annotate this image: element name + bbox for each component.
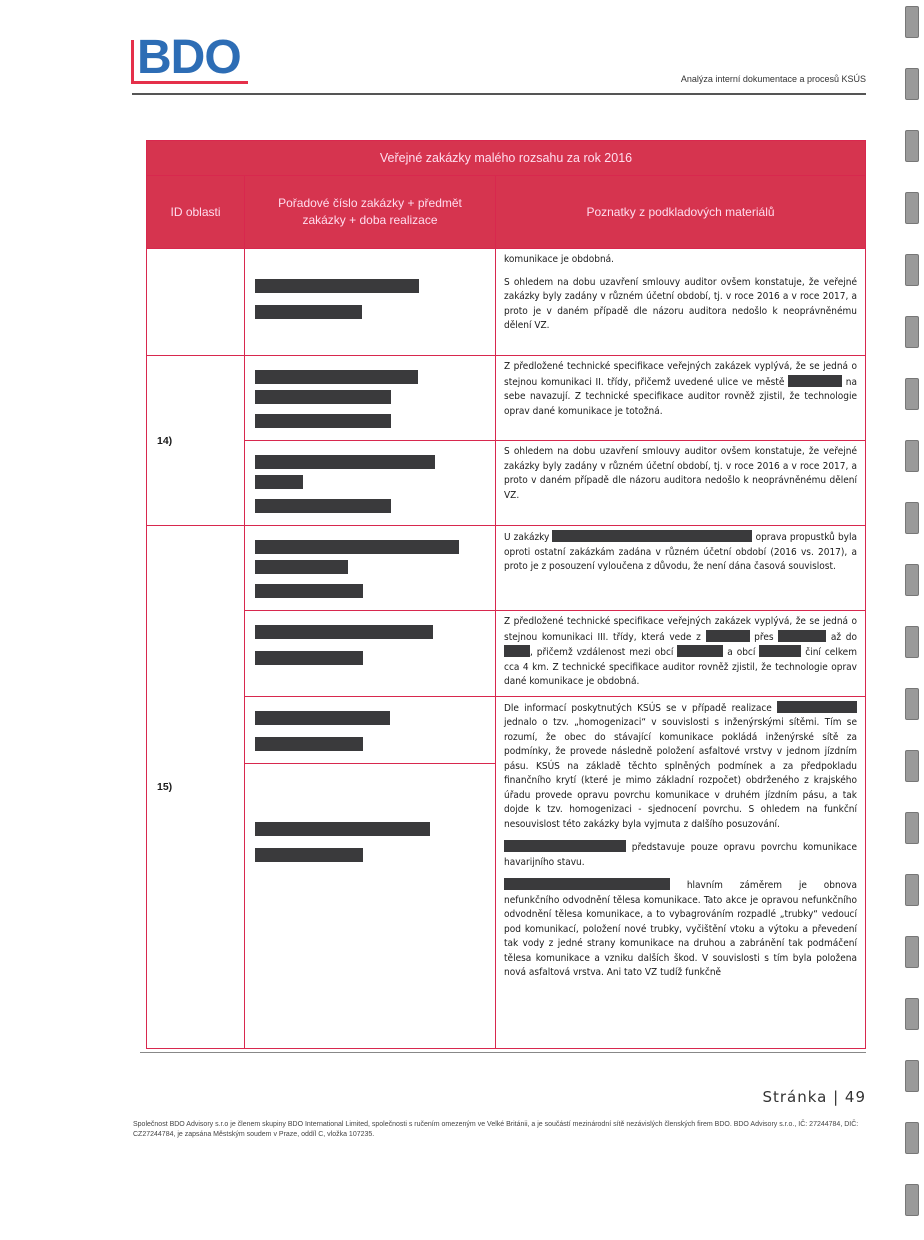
binder-ring-icon [905,502,919,534]
contract-cell [245,441,496,526]
finding-paragraph: Dle informací poskytnutých KSÚS se v pří… [504,701,857,833]
redacted-block [255,651,363,665]
table-row: Dle informací poskytnutých KSÚS se v pří… [147,696,866,763]
row-id: 14) [147,356,245,526]
contract-cell [245,526,496,611]
redacted-block [255,455,435,469]
table-row: 15) U zakázky oprava propustků byla opro… [147,526,866,611]
page-number: Stránka | 49 [762,1088,866,1106]
document-title: Analýza interní dokumentace a procesů KS… [681,74,866,84]
binder-ring-icon [905,750,919,782]
binder-ring-icon [905,812,919,844]
finding-paragraph: Z předložené technické specifikace veřej… [504,615,857,690]
binder-ring-icon [905,192,919,224]
binder-ring-icon [905,1184,919,1216]
redacted-block [255,279,419,293]
redacted-inline [778,630,826,642]
binder-ring-icon [905,130,919,162]
findings-cell: U zakázky oprava propustků byla oproti o… [496,526,866,611]
row-id [147,249,245,356]
binder-ring-icon [905,564,919,596]
binder-ring-icon [905,378,919,410]
redacted-inline [677,645,723,657]
redacted-block [255,711,390,725]
redacted-block [255,305,362,319]
logo-text: BDO [137,30,241,85]
binder-ring-icon [905,688,919,720]
redacted-block [255,584,363,598]
findings-cell: S ohledem na dobu uzavření smlouvy audit… [496,441,866,526]
redacted-block [255,560,348,574]
finding-paragraph: S ohledem na dobu uzavření smlouvy audit… [504,276,857,334]
logo-accent-vertical [131,40,134,84]
table-title: Veřejné zakázky malého rozsahu za rok 20… [147,141,866,176]
contract-cell [245,696,496,763]
binder-ring-icon [905,1060,919,1092]
redacted-inline [504,840,626,852]
binder-ring-icon [905,626,919,658]
table-row: komunikace je obdobná. S ohledem na dobu… [147,249,866,356]
finding-paragraph: komunikace je obdobná. [504,253,857,268]
bdo-logo: BDO [131,38,251,84]
findings-cell: Dle informací poskytnutých KSÚS se v pří… [496,696,866,1048]
binder-ring-icon [905,6,919,38]
binder-ring-icon [905,254,919,286]
redacted-inline [552,530,752,542]
redacted-block [255,848,363,862]
redacted-inline [504,878,670,890]
binder-ring-icon [905,440,919,472]
contract-cell [245,611,496,697]
binder-ring-icon [905,316,919,348]
column-header-id: ID oblasti [147,176,245,249]
findings-cell: komunikace je obdobná. S ohledem na dobu… [496,249,866,356]
table-row: S ohledem na dobu uzavření smlouvy audit… [147,441,866,526]
redacted-block [255,475,303,489]
redacted-inline [504,645,530,657]
contract-cell [245,356,496,441]
binder-ring-icon [905,1122,919,1154]
finding-paragraph: představuje pouze opravu povrchu komunik… [504,840,857,870]
row-id: 15) [147,526,245,1049]
column-header-order: Pořadové číslo zakázky + předmět zakázky… [245,176,496,249]
redacted-inline [788,375,842,387]
redacted-block [255,540,459,554]
finding-paragraph: S ohledem na dobu uzavření smlouvy audit… [504,445,857,503]
redacted-block [255,737,363,751]
binder-ring-icon [905,68,919,100]
table-row: Z předložené technické specifikace veřej… [147,611,866,697]
redacted-inline [706,630,750,642]
binder-ring-icon [905,936,919,968]
findings-cell: Z předložené technické specifikace veřej… [496,356,866,441]
table-row: 14) Z předložené technické specifikace v… [147,356,866,441]
redacted-block [255,499,391,513]
finding-paragraph: Z předložené technické specifikace veřej… [504,360,857,419]
redacted-block [255,414,391,428]
redacted-block [255,370,418,384]
binder-ring-icon [905,998,919,1030]
header-divider [132,93,866,95]
footer-divider [140,1052,866,1053]
procurement-table: Veřejné zakázky malého rozsahu za rok 20… [146,140,866,1049]
column-header-findings: Poznatky z podkladových materiálů [496,176,866,249]
redacted-block [255,390,391,404]
redacted-inline [777,701,857,713]
redacted-block [255,625,433,639]
contract-cell [245,249,496,356]
binder-ring-icon [905,874,919,906]
redacted-inline [759,645,801,657]
finding-paragraph: hlavním záměrem je obnova nefunkčního od… [504,878,857,981]
finding-paragraph: U zakázky oprava propustků byla oproti o… [504,530,857,575]
redacted-block [255,822,430,836]
findings-cell: Z předložené technické specifikace veřej… [496,611,866,697]
legal-notice: Společnost BDO Advisory s.r.o je členem … [133,1120,863,1139]
contract-cell [245,763,496,1048]
